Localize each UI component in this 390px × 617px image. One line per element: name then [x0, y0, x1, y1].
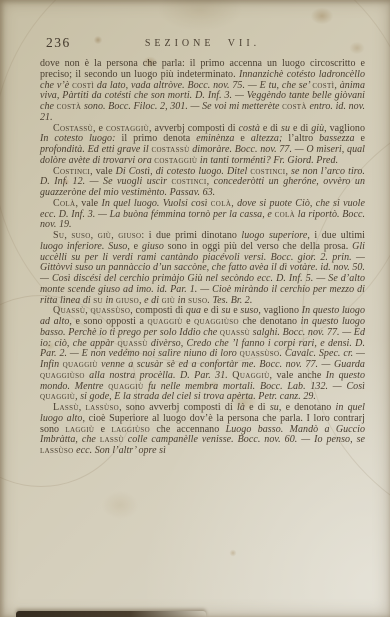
- paragraph: Quassù, quassùso, composti di qua e di s…: [40, 306, 365, 403]
- section-title: SEZIONE VII.: [40, 38, 365, 49]
- paragraph: dove non è la persona che parla: il prim…: [40, 59, 365, 124]
- paragraph: Costinci, vale Di Costì, di cotesto luog…: [40, 167, 365, 199]
- paragraph: Costassù, e costaggiù, avverbj composti …: [40, 124, 365, 167]
- page-content: 236 SEZIONE VII. dove non è la persona c…: [40, 34, 365, 457]
- paragraph: Colà, vale In quel luogo. Vuolsi così co…: [40, 199, 365, 231]
- text-block: dove non è la persona che parla: il prim…: [40, 59, 365, 457]
- running-header: 236 SEZIONE VII.: [40, 34, 365, 56]
- page-edge-shadow: [16, 611, 206, 617]
- book-page-scan: 236 SEZIONE VII. dove non è la persona c…: [0, 0, 390, 617]
- paragraph: Lassù, lassùso, sono avverbj composti di…: [40, 403, 365, 457]
- paragraph: Su, suso, giù, giuso: i due primi dinota…: [40, 231, 365, 306]
